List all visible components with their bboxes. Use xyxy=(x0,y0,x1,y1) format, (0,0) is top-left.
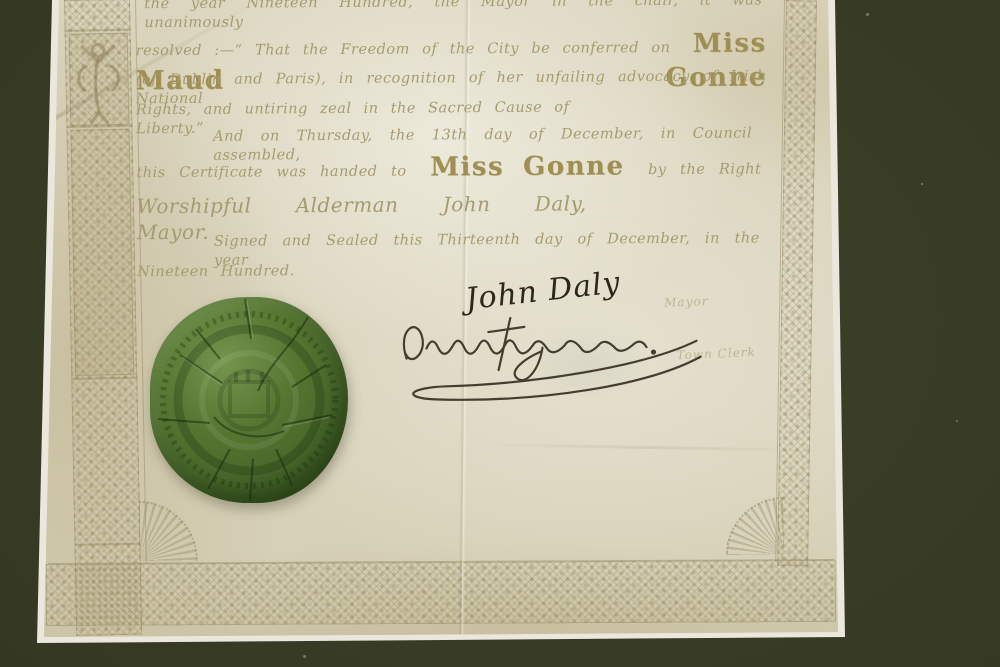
certificate-parchment: the year Nineteen Hundred, the Mayor in … xyxy=(0,0,1000,667)
seal-emboss-and-cracks xyxy=(150,297,348,503)
second-signature-flourish xyxy=(390,299,721,411)
body-line-2: resolved :—“ That the Freedom of the Cit… xyxy=(136,27,767,67)
green-wax-seal xyxy=(150,297,348,503)
dust-speck xyxy=(921,183,923,185)
body-line-9: Nineteen Hundred. xyxy=(137,262,377,282)
photo-stage: the year Nineteen Hundred, the Mayor in … xyxy=(0,0,1000,667)
honouree-name-short: Miss Gonne xyxy=(430,151,625,182)
body-line-6-text-end: by the Right xyxy=(648,161,761,178)
body-line-6: this Certificate was handed to Miss Gonn… xyxy=(136,149,761,189)
dust-speck xyxy=(303,655,306,658)
dust-speck xyxy=(866,13,869,16)
body-line-2-text: resolved :—“ That the Freedom of the Cit… xyxy=(136,40,671,59)
body-line-6-text: this Certificate was handed to xyxy=(136,164,406,182)
dust-speck xyxy=(956,420,958,422)
